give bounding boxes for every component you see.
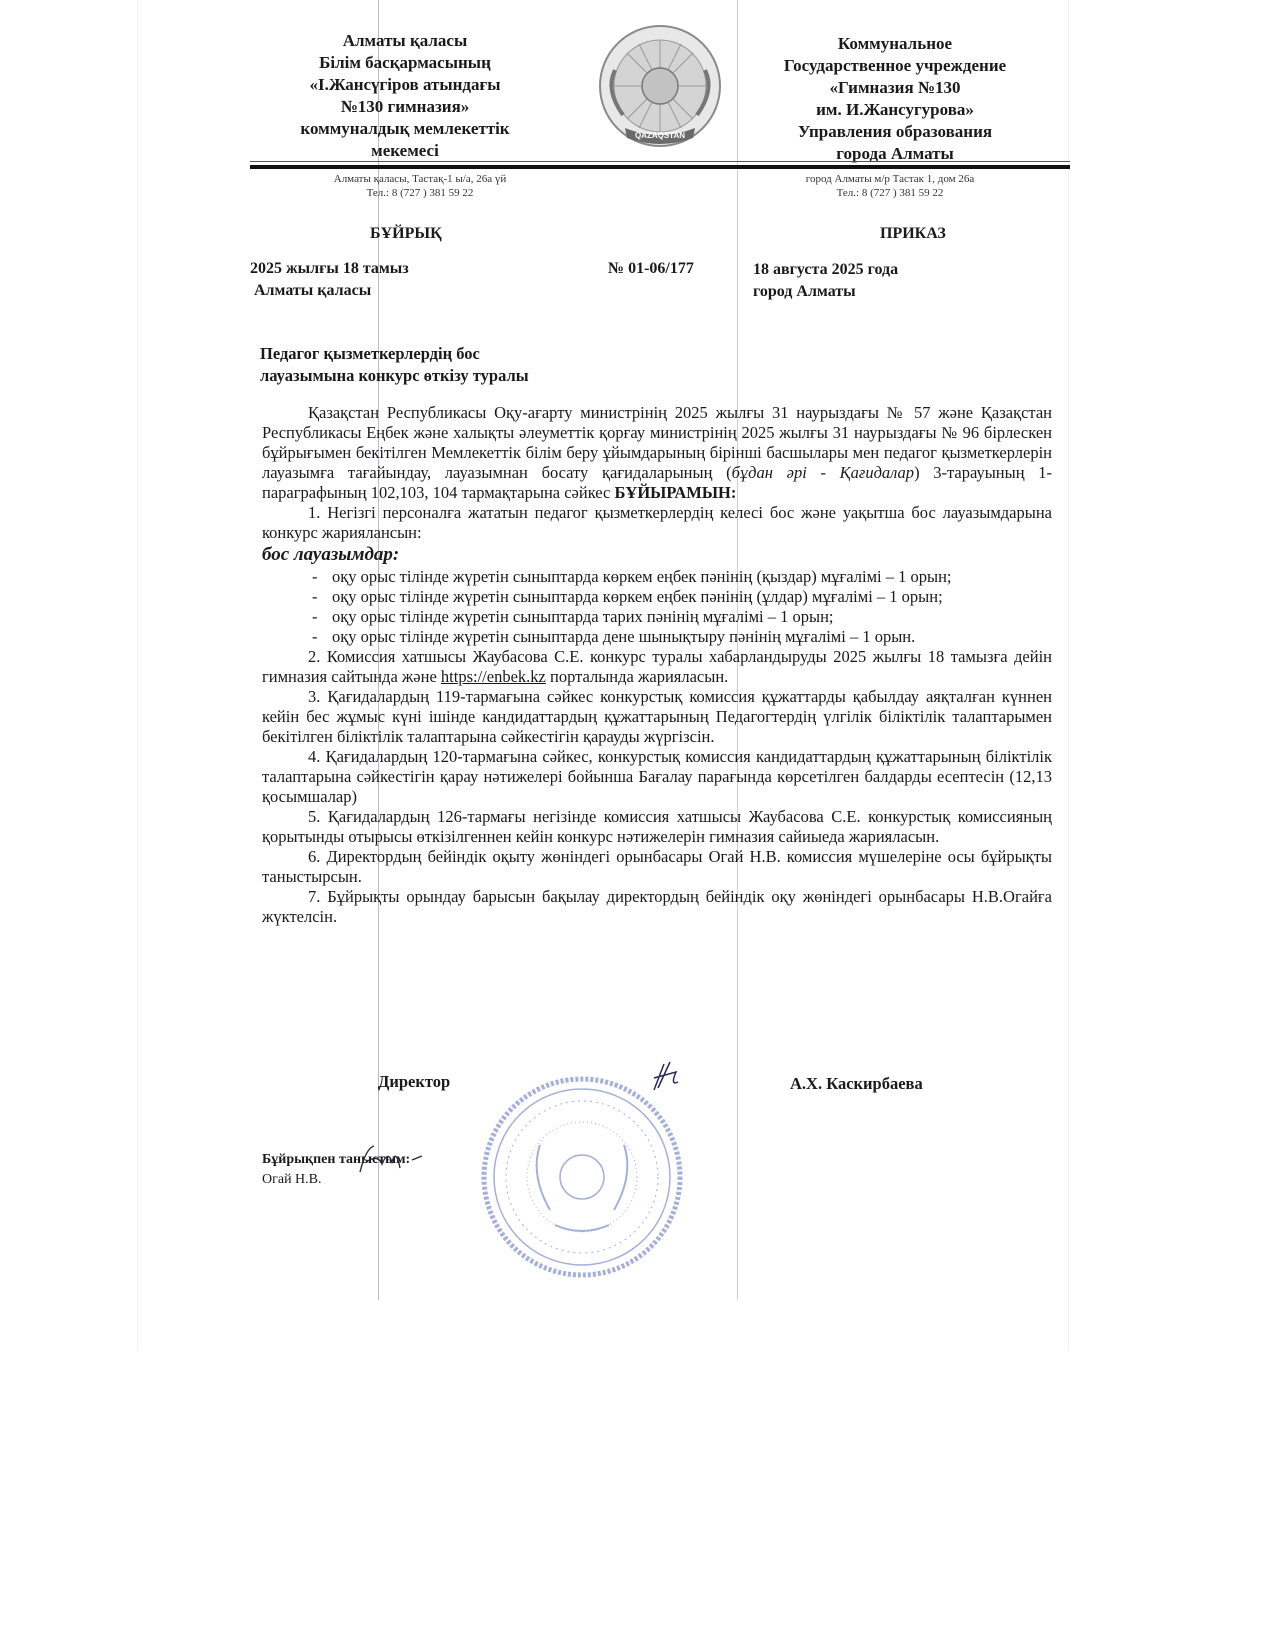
letterhead-ru-line: Управления образования [745,121,1045,143]
letterhead-ru-line: Государственное учреждение [745,55,1045,77]
item-6: 6. Директордың бейіндік оқыту жөніндегі … [262,847,1052,887]
address-ru-street: город Алматы м/р Тастак 1, дом 26а [760,172,1020,186]
scan-edge-left [137,0,138,1350]
preamble-abbrev: бұдан әрі - Қағидалар [732,463,914,482]
letterhead-kz-line: «І.Жансүгіров атындағы [250,74,560,96]
letterhead-kz-line: Алматы қаласы [250,30,560,52]
order-date-kz: 2025 жылғы 18 тамыз [250,258,409,280]
order-subject-line: Педагог қызметкерлердің бос [260,343,529,365]
letterhead-divider [250,165,1070,169]
order-date-kz-block: 2025 жылғы 18 тамыз Алматы қаласы [250,258,409,302]
order-body: Қазақстан Республикасы Оқу-ағарту минист… [262,403,1052,927]
vacancy-item: -оқу орыс тілінде жүретін сыныптарда ден… [262,627,1052,647]
item-2: 2. Комиссия хатшысы Жаубасова С.Е. конку… [262,647,1052,687]
acknowledgement-signature-icon [352,1140,428,1179]
letterhead-kz-line: мекемесі [250,140,560,162]
order-city-ru: город Алматы [753,281,898,303]
signatory-role: Директор [378,1072,450,1092]
order-title-ru: ПРИКАЗ [880,225,946,243]
vacancy-item: -оқу орыс тілінде жүретін сыныптарда тар… [262,607,1052,627]
letterhead-kz-line: коммуналдық мемлекеттік [250,118,560,140]
address-ru-phone: Тел.: 8 (727 ) 381 59 22 [760,186,1020,200]
vacancy-item: -оқу орыс тілінде жүретін сыныптарда көр… [262,567,1052,587]
letterhead-ru-line: «Гимназия №130 [745,77,1045,99]
item-4: 4. Қағидалардың 120-тармағына сәйкес, ко… [262,747,1052,807]
order-date-ru: 18 августа 2025 года [753,259,898,281]
address-kz-street: Алматы қаласы, Тастақ-1 ы/а, 26а үй [285,172,555,186]
order-city-kz: Алматы қаласы [250,280,409,302]
vacancies-heading: бос лауазымдар: [262,543,1052,567]
signatory-name: А.Х. Каскирбаева [790,1074,923,1094]
preamble: Қазақстан Республикасы Оқу-ағарту минист… [262,403,1052,503]
scan-edge-right [1068,0,1069,1350]
item-7: 7. Бұйрықты орындау барысын бақылау дире… [262,887,1052,927]
address-kz-phone: Тел.: 8 (727 ) 381 59 22 [285,186,555,200]
decree-word: БҰЙЫРАМЫН: [615,483,737,502]
item-1: 1. Негізгі персоналға жататын педагог қы… [262,503,1052,543]
letterhead-ru: Коммунальное Государственное учреждение … [745,33,1045,165]
address-ru: город Алматы м/р Тастак 1, дом 26а Тел.:… [760,172,1020,200]
order-subject-line: лауазымына конкурс өткізу туралы [260,365,529,387]
order-date-ru-block: 18 августа 2025 года город Алматы [753,259,898,303]
letterhead-ru-line: им. И.Жансугурова» [745,99,1045,121]
item-3: 3. Қағидалардың 119-тармағына сәйкес кон… [262,687,1052,747]
official-seal-icon [480,1075,685,1280]
letterhead-ru-line: Коммунальное [745,33,1045,55]
item-5: 5. Қағидалардың 126-тармағы негізінде ко… [262,807,1052,847]
emblem-label: QAZAQSTAN [635,131,685,140]
order-title-kz: БҰЙРЫҚ [370,225,442,243]
letterhead-kz-line: №130 гимназия» [250,96,560,118]
vacancy-item: -оқу орыс тілінде жүретін сыныптарда көр… [262,587,1052,607]
order-subject: Педагог қызметкерлердің бос лауазымына к… [260,343,529,387]
letterhead-divider [250,161,1070,162]
letterhead-kz: Алматы қаласы Білім басқармасының «І.Жан… [250,30,560,162]
letterhead-kz-line: Білім басқармасының [250,52,560,74]
enbek-link[interactable]: https://enbek.kz [441,667,546,686]
director-signature-icon [650,1060,680,1099]
order-number: № 01-06/177 [608,258,694,280]
state-emblem-icon: QAZAQSTAN [595,20,725,155]
address-kz: Алматы қаласы, Тастақ-1 ы/а, 26а үй Тел.… [285,172,555,200]
